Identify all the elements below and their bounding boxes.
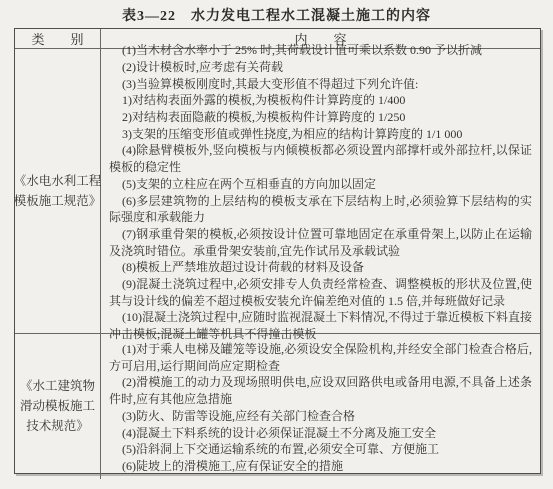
- content-item: (3)防火、防雷等设施,应经有关部门检查合格: [109, 408, 532, 425]
- category-line: 《水电水利工程: [14, 171, 102, 191]
- content-item: (3)当验算模板刚度时,其最大变形值不得超过下列允许值:: [109, 76, 532, 93]
- content-cell-body: (1)当木材含水率小于 25% 时,其荷载设计值可乘以系数 0.90 予以折减 …: [101, 35, 540, 347]
- content-subitem: 3)支架的压缩变形值或弹性挠度,为相应的结构计算跨度的 1/1 000: [109, 126, 532, 143]
- category-line: 《水工建筑物: [20, 376, 95, 396]
- table-row: 《水电水利工程 模板施工规范》 (1)当木材含水率小于 25% 时,其荷载设计值…: [15, 49, 540, 334]
- content-subitem: 1)对结构表面外露的模板,为模板构件计算跨度的 1/400: [109, 92, 532, 109]
- content-item: (9)混凝土浇筑过程中,必须安排专人负责经常检查、调整模板的形状及位置,使其与设…: [109, 276, 532, 309]
- content-table: 类 别 内 容 《水电水利工程 模板施工规范》 (1)当木材含水率小于 25% …: [14, 28, 541, 474]
- category-cell: 《水工建筑物 滑动模板施工 技术规范》: [15, 334, 101, 479]
- scanned-document-page: 表3—22 水力发电工程水工混凝土施工的内容 类 别 内 容 《水电水利工程 模…: [0, 0, 553, 489]
- content-item: (2)滑模施工的动力及现场照明供电,应设双回路供电或备用电源,不具备上述条件时,…: [109, 374, 532, 407]
- content-item: (8)模板上严禁堆放超过设计荷载的材料及设备: [109, 259, 532, 276]
- content-item: (6)多层建筑物的上层结构的模板支承在下层结构上时,必须验算下层结构的实际强度和…: [109, 193, 532, 226]
- category-line: 模板施工规范》: [14, 191, 102, 211]
- content-subitem: 2)对结构表面隐蔽的模板,为模板构件计算跨度的 1/250: [109, 109, 532, 126]
- category-line: 技术规范》: [26, 416, 89, 436]
- table-caption: 表3—22 水力发电工程水工混凝土施工的内容: [0, 5, 553, 25]
- content-cell-body: (1)对于乘人电梯及罐笼等设施,必须设安全保险机构,并经安全部门检查合格后,方可…: [101, 334, 540, 479]
- content-item: (1)当木材含水率小于 25% 时,其荷载设计值可乘以系数 0.90 予以折减: [109, 42, 532, 59]
- category-line: 滑动模板施工: [20, 396, 95, 416]
- table-row: 《水工建筑物 滑动模板施工 技术规范》 (1)对于乘人电梯及罐笼等设施,必须设安…: [15, 334, 540, 479]
- header-cell-category: 类 别: [15, 29, 101, 48]
- content-item: (7)钢承重骨架的模板,必须按设计位置可靠地固定在承重骨架上,以防止在运输及浇筑…: [109, 226, 532, 259]
- content-item: (2)设计模板时,应考虑有关荷载: [109, 59, 532, 76]
- category-cell: 《水电水利工程 模板施工规范》: [15, 49, 101, 333]
- content-cell: (1)对于乘人电梯及罐笼等设施,必须设安全保险机构,并经安全部门检查合格后,方可…: [101, 334, 540, 479]
- content-item: (5)沿斜洞上下交通运输系统的布置,必须安全可靠、方便施工: [109, 441, 532, 458]
- header-category-label: 类 别: [31, 29, 83, 48]
- content-item: (6)陡坡上的滑模施工,应有保证安全的措施: [109, 458, 532, 475]
- content-item: (5)支架的立柱应在两个互相垂直的方向加以固定: [109, 176, 532, 193]
- content-item: (1)对于乘人电梯及罐笼等设施,必须设安全保险机构,并经安全部门检查合格后,方可…: [109, 341, 532, 374]
- content-item: (4)除悬臂模板外,竖向模板与内倾模板都必须设置内部撑杆或外部拉杆,以保证模板的…: [109, 142, 532, 175]
- content-item: (4)混凝土下料系统的设计必须保证混凝土不分离及施工安全: [109, 425, 532, 442]
- content-cell: (1)当木材含水率小于 25% 时,其荷载设计值可乘以系数 0.90 予以折减 …: [101, 49, 540, 333]
